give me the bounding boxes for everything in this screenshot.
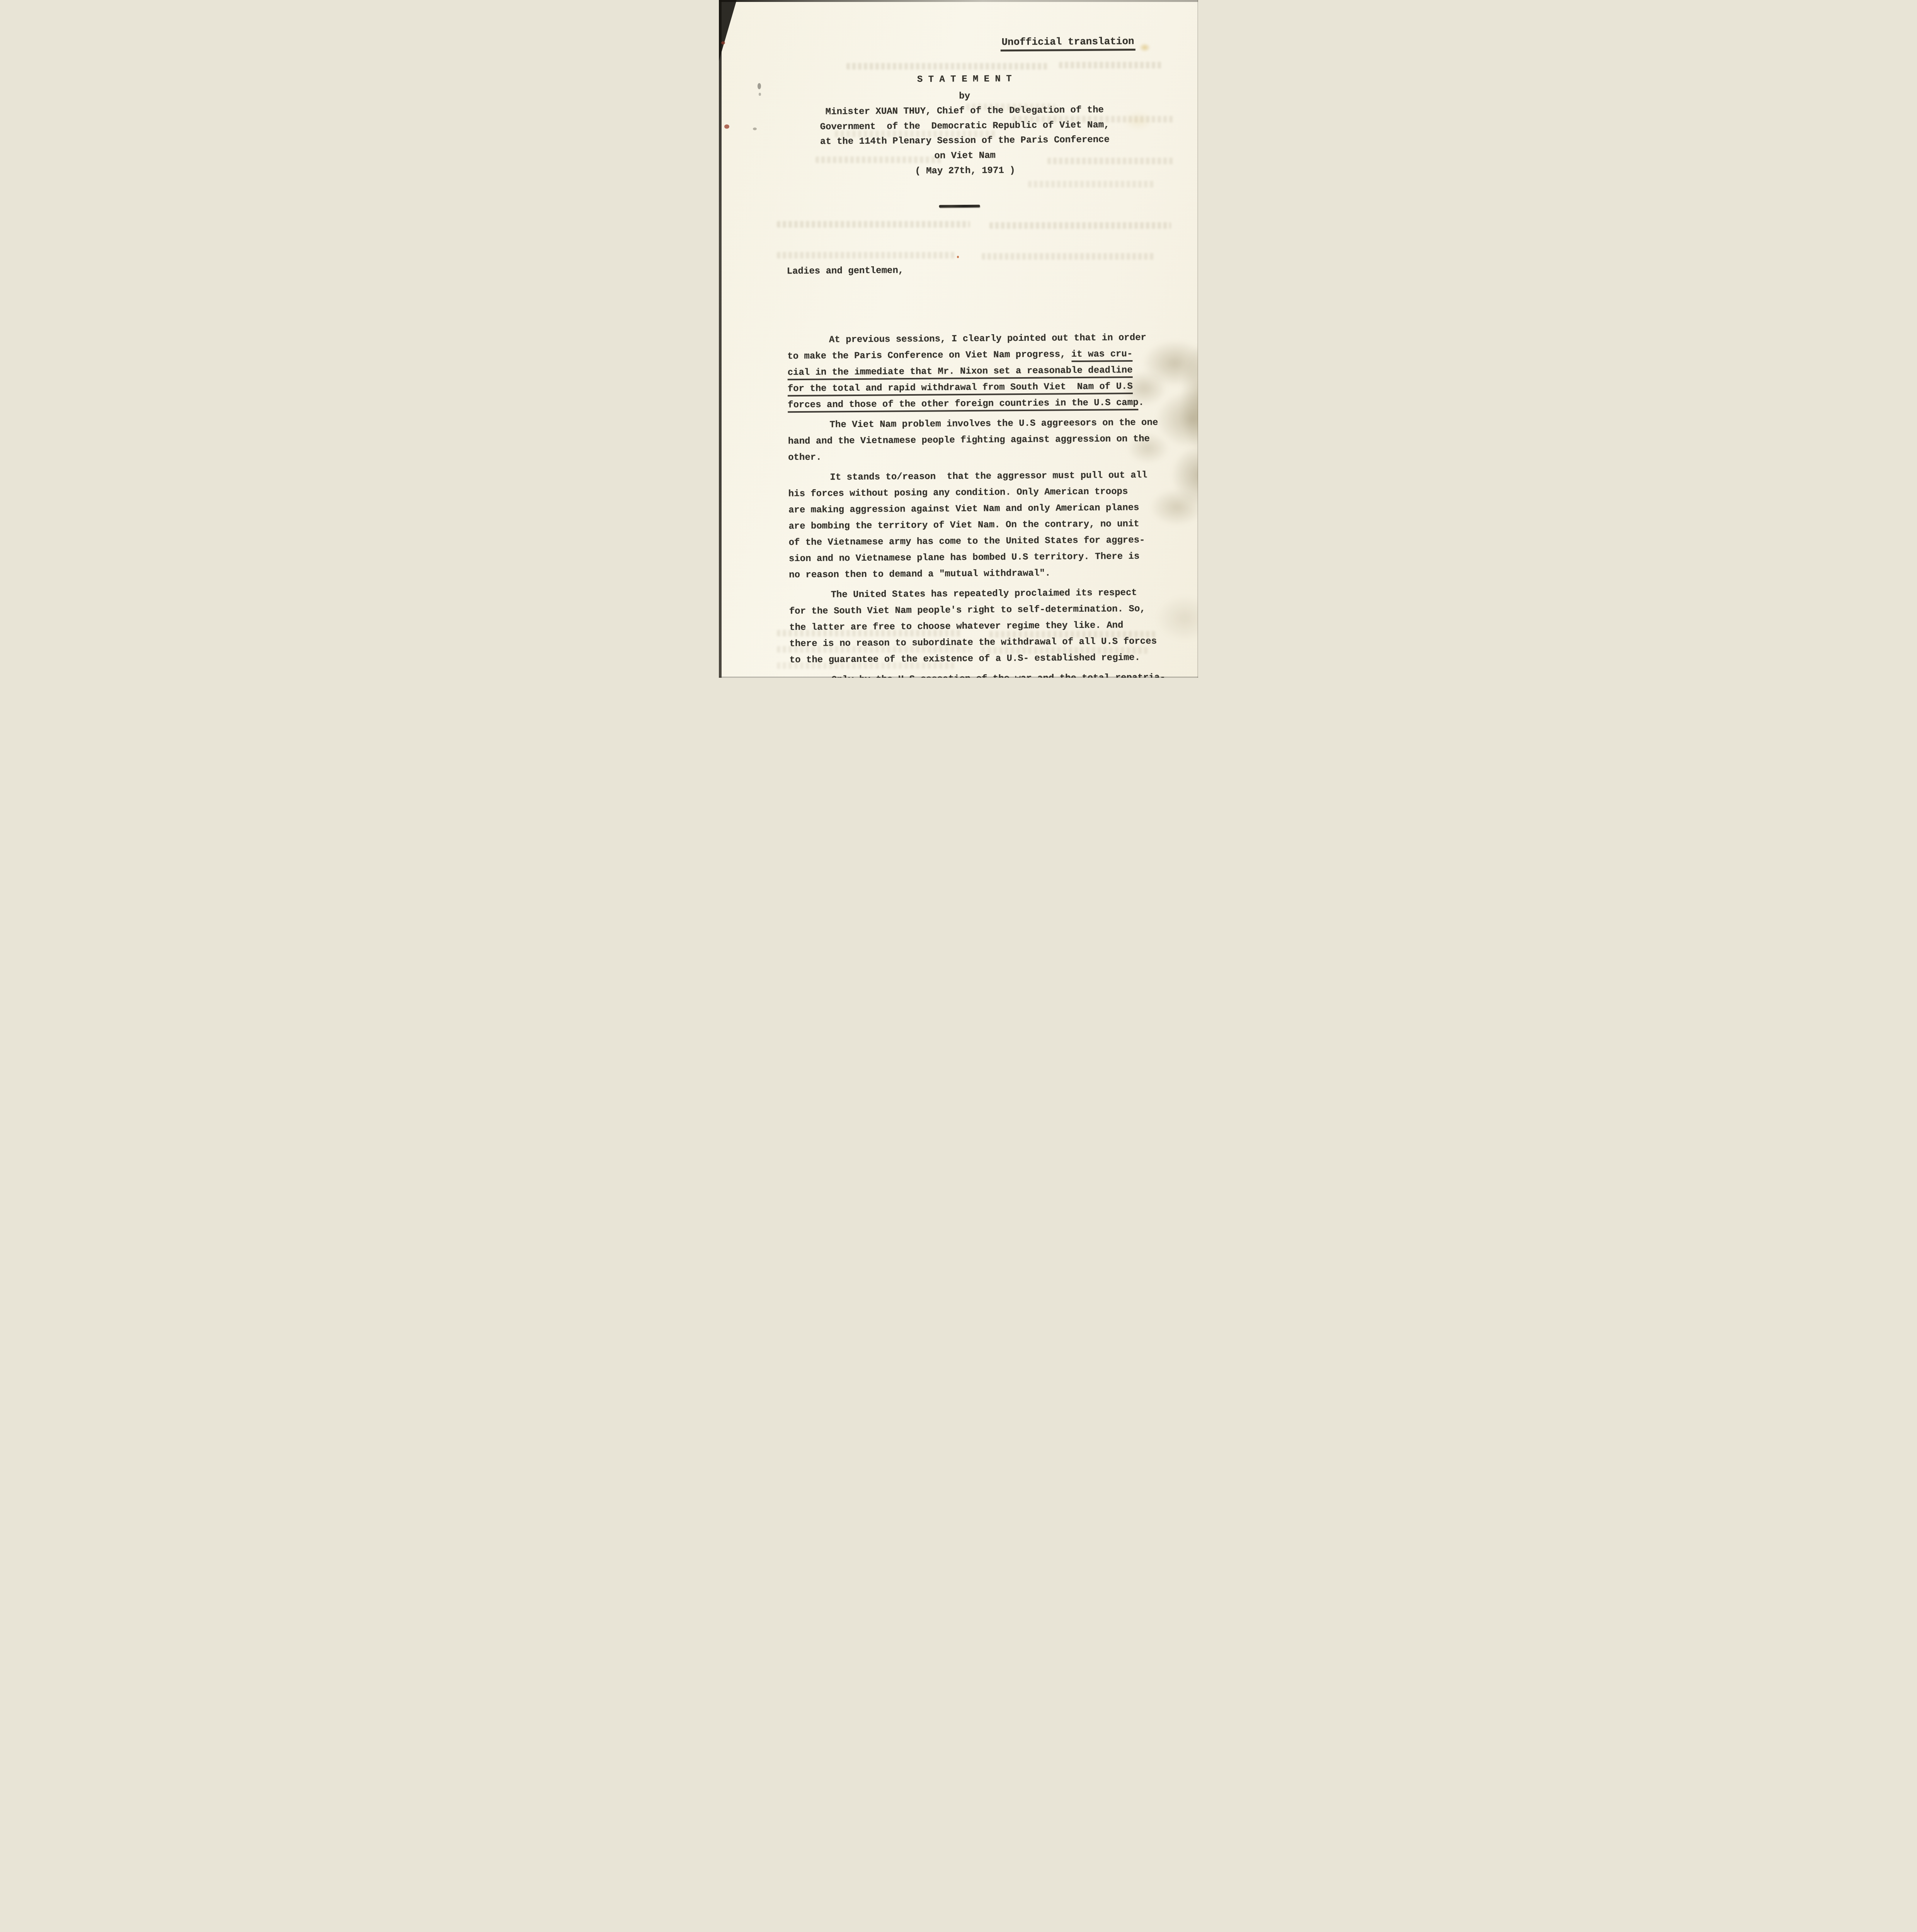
text-line: no reason then to demand a "mutual withd… [789, 565, 1179, 583]
text-segment: there is no reason to subordinate the wi… [789, 636, 1157, 650]
text-line: the latter are free to choose whatever r… [789, 617, 1180, 636]
text-segment: are making aggression against Viet Nam a… [788, 503, 1139, 515]
text-line: hand and the Vietnamese people fighting … [788, 431, 1178, 450]
underlined-text: for the total and rapid withdrawal from … [788, 381, 1133, 396]
paragraphs-container: At previous sessions, I clearly pointed … [787, 330, 1180, 678]
text-line: to make the Paris Conference on Viet Nam… [787, 346, 1178, 365]
text-segment: . [1138, 398, 1144, 408]
text-segment: sion and no Vietnamese plane has bombed … [789, 551, 1140, 564]
text-line: other. [788, 447, 1178, 466]
title-line-minister: Minister XUAN THUY, Chief of the Delegat… [802, 103, 1127, 120]
document-page: Unofficial translation S T A T E M E N T… [719, 0, 1198, 678]
text-line: At previous sessions, I clearly pointed … [787, 330, 1178, 349]
paragraph: It stands to/reason that the aggressor m… [788, 467, 1179, 583]
text-line: It stands to/reason that the aggressor m… [788, 467, 1178, 486]
title-line-date: ( May 27th, 1971 ) [803, 163, 1127, 180]
text-segment: to make the Paris Conference on Viet Nam… [787, 349, 1071, 362]
paragraph: The Viet Nam problem involves the U.S ag… [788, 415, 1178, 466]
text-line: forces and those of the other foreign co… [788, 395, 1178, 413]
paragraph: The United States has repeatedly proclai… [789, 585, 1180, 668]
underlined-text: it was cru- [1071, 349, 1133, 362]
text-segment: The United States has repeatedly proclai… [831, 588, 1137, 600]
text-segment: the latter are free to choose whatever r… [789, 620, 1123, 633]
text-segment: The Viet Nam problem involves the U.S ag… [829, 418, 1158, 430]
text-segment: other. [788, 452, 822, 463]
paragraph: Only by the U.S cessation of the war and… [790, 670, 1180, 678]
title-line-on-viet-nam: on Viet Nam [803, 148, 1127, 165]
text-segment: It stands to/reason that the aggressor m… [830, 470, 1147, 483]
title-block: S T A T E M E N T by Minister XUAN THUY,… [802, 71, 1127, 180]
text-line: are making aggression against Viet Nam a… [788, 500, 1179, 519]
text-line: there is no reason to subordinate the wi… [789, 633, 1180, 652]
title-line-statement: S T A T E M E N T [802, 71, 1127, 88]
salutation: Ladies and gentlemen, [787, 261, 1177, 280]
text-line: The Viet Nam problem involves the U.S ag… [788, 415, 1178, 434]
text-line: sion and no Vietnamese plane has bombed … [789, 548, 1179, 567]
text-line: are bombing the territory of Viet Nam. O… [788, 516, 1179, 535]
underlined-text: forces and those of the other foreign co… [788, 398, 1139, 413]
text-segment: are bombing the territory of Viet Nam. O… [788, 519, 1139, 532]
section-divider [939, 205, 980, 208]
text-segment: no reason then to demand a "mutual withd… [789, 568, 1050, 580]
text-segment: hand and the Vietnamese people fighting … [788, 434, 1150, 447]
title-line-government: Government of the Democratic Republic of… [802, 118, 1127, 135]
text-line: his forces without posing any condition.… [788, 483, 1179, 502]
typewritten-content: Unofficial translation S T A T E M E N T… [719, 0, 1198, 678]
text-segment: for the South Viet Nam people's right to… [789, 604, 1146, 617]
header-note: Unofficial translation [1000, 36, 1136, 51]
text-line: cial in the immediate that Mr. Nixon set… [787, 362, 1178, 381]
text-line: to the guarantee of the existence of a U… [790, 650, 1180, 668]
text-segment: At previous sessions, I clearly pointed … [829, 333, 1146, 345]
title-line-session: at the 114th Plenary Session of the Pari… [802, 133, 1127, 150]
title-line-by: by [802, 88, 1127, 105]
body-text: Ladies and gentlemen, At previous sessio… [787, 228, 1180, 678]
text-segment: his forces without posing any condition.… [788, 486, 1128, 499]
text-line: of the Vietnamese army has come to the U… [789, 532, 1179, 551]
text-line: for the South Viet Nam people's right to… [789, 601, 1180, 620]
text-segment: Only by the U.S cessation of the war and… [831, 672, 1165, 678]
text-segment: of the Vietnamese army has come to the U… [789, 535, 1145, 548]
text-line: The United States has repeatedly proclai… [789, 585, 1179, 604]
text-line: for the total and rapid withdrawal from … [788, 378, 1178, 397]
underlined-text: cial in the immediate that Mr. Nixon set… [788, 365, 1133, 380]
paragraph: At previous sessions, I clearly pointed … [787, 330, 1178, 413]
text-line: Only by the U.S cessation of the war and… [790, 670, 1180, 678]
text-segment: to the guarantee of the existence of a U… [790, 653, 1141, 665]
